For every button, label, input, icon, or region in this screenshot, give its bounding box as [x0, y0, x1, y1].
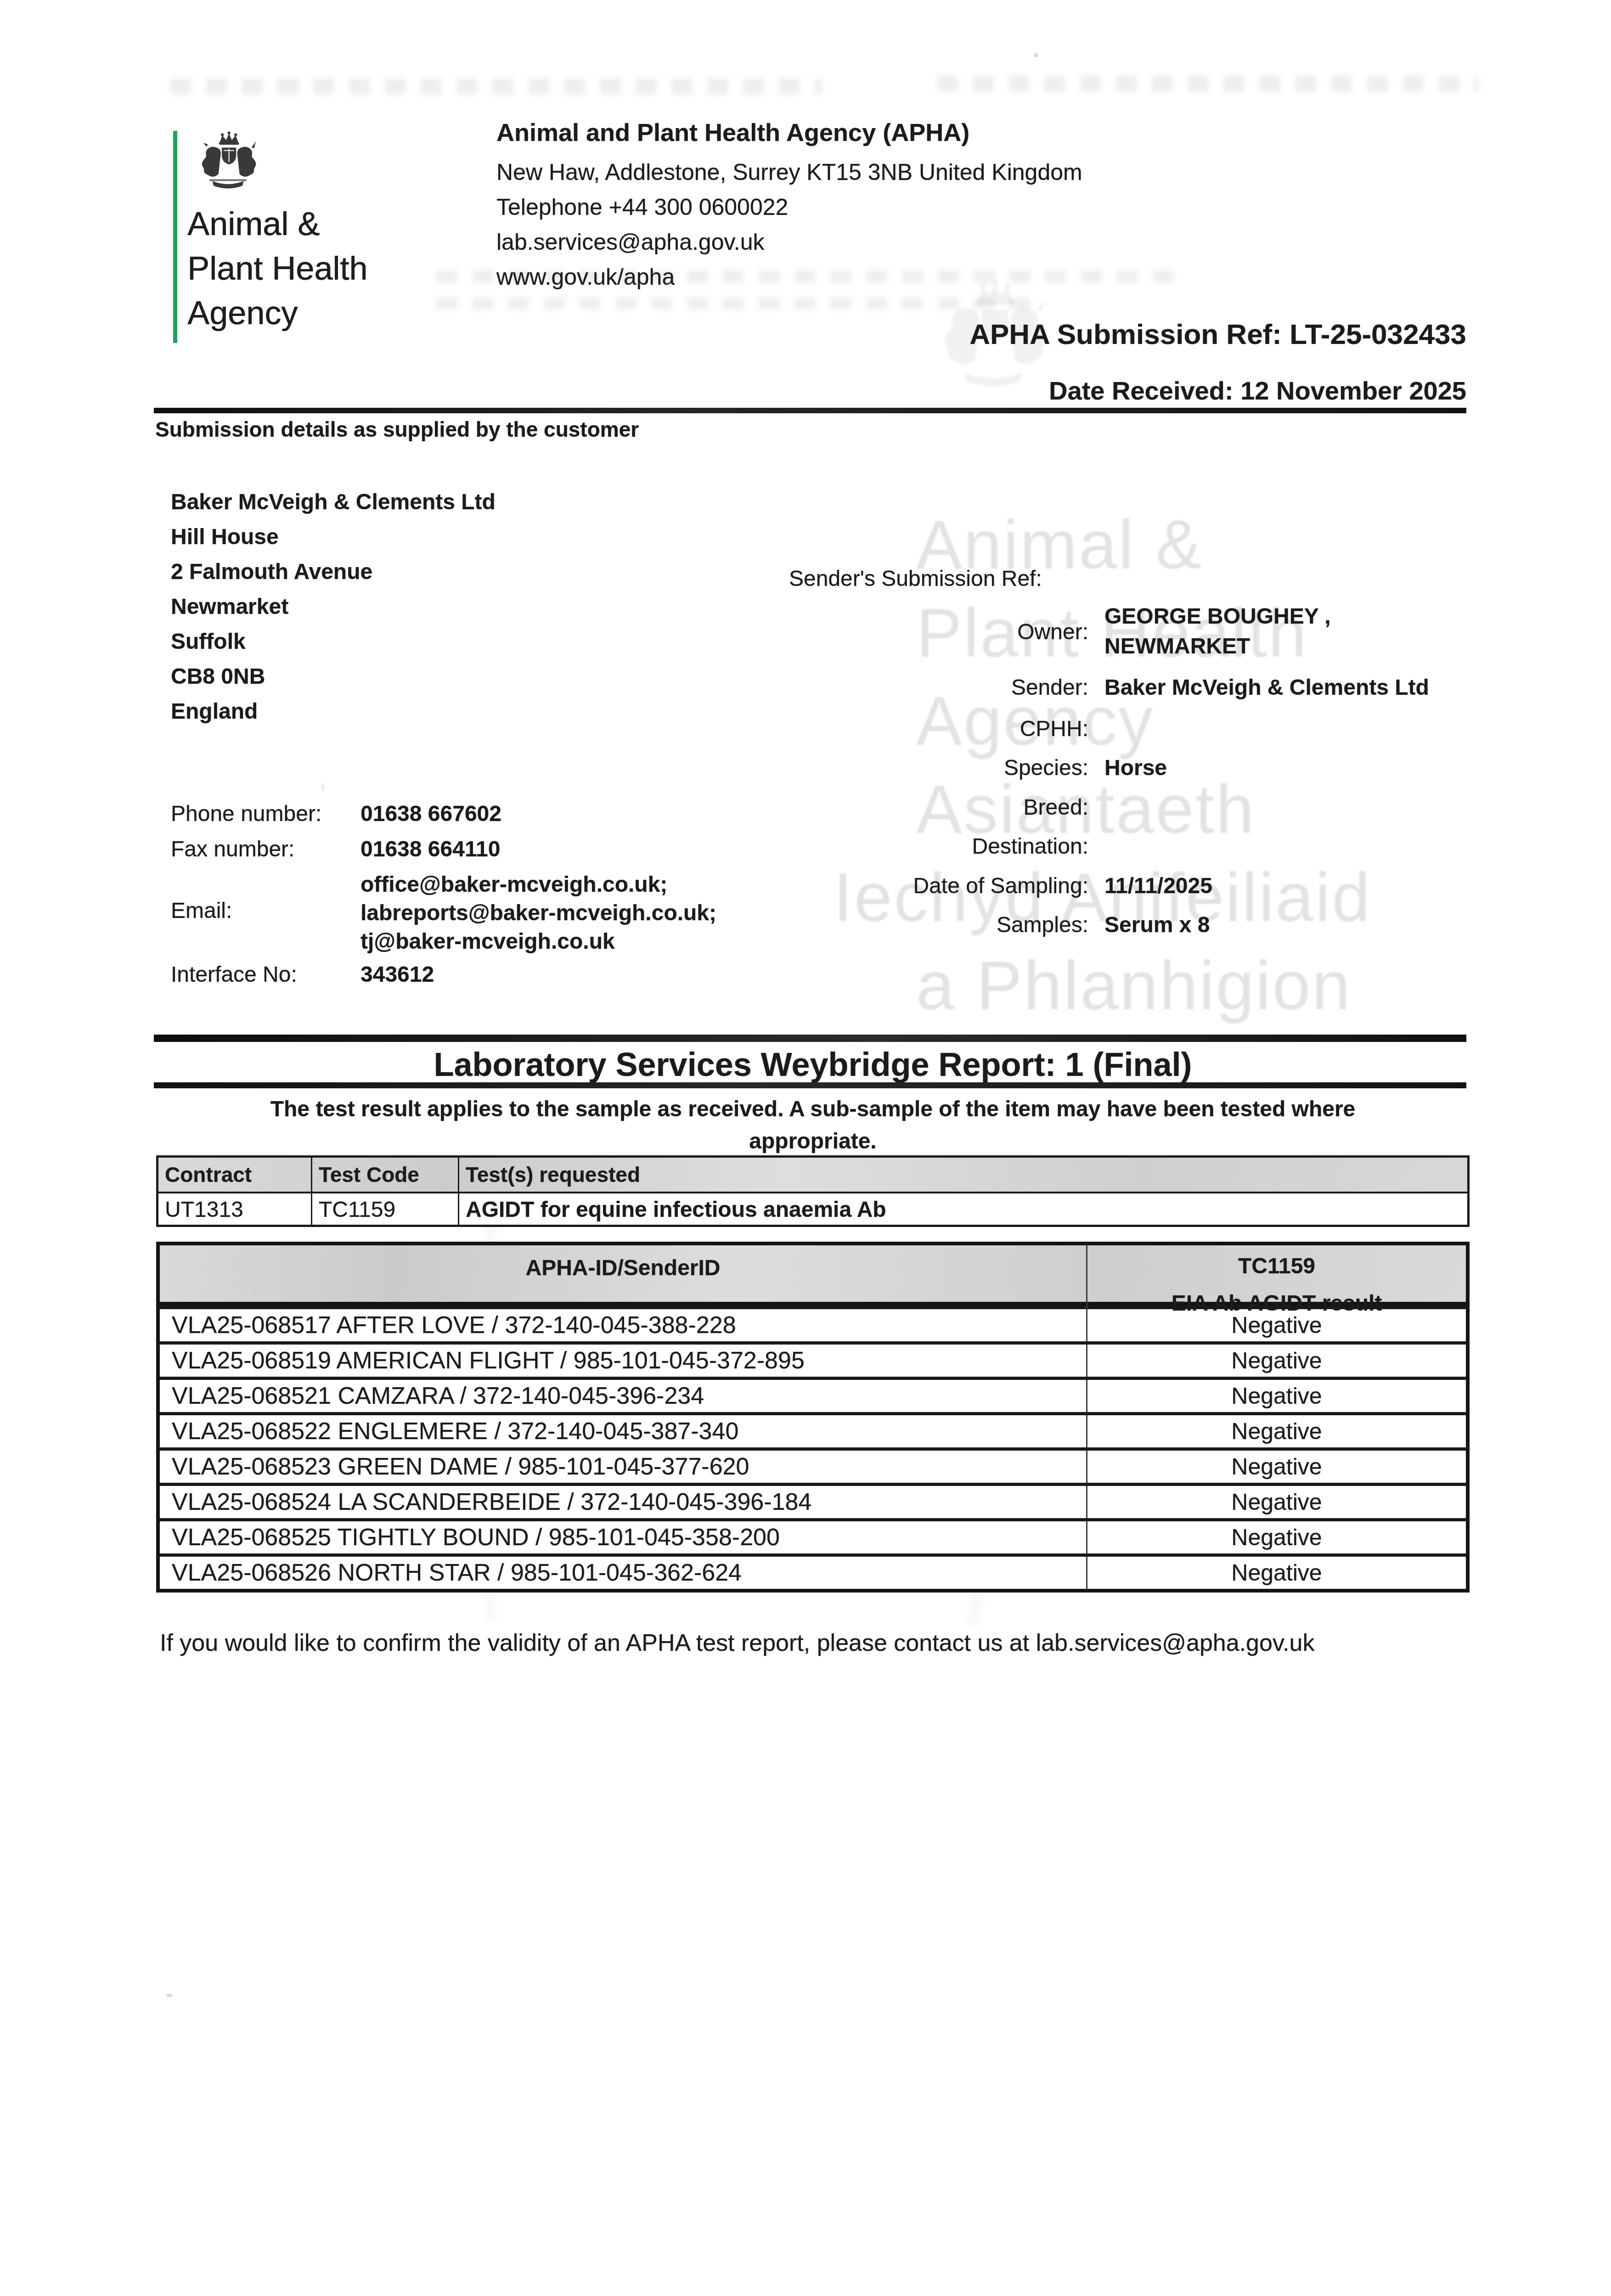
tests-table-header-test-code: Test Code	[312, 1158, 459, 1192]
customer-address-block: Baker McVeigh & Clements Ltd Hill House …	[171, 485, 496, 729]
results-table: APHA-ID/SenderID TC1159 EIA Ab AGIDT res…	[156, 1242, 1470, 1593]
result-row: VLA25-068519 AMERICAN FLIGHT / 985-101-0…	[160, 1341, 1466, 1377]
result-row: VLA25-068517 AFTER LOVE / 372-140-045-38…	[160, 1306, 1466, 1341]
brand-green-bar	[173, 131, 177, 343]
result-id-cell: VLA25-068523 GREEN DAME / 985-101-045-37…	[160, 1451, 1087, 1483]
date-of-sampling-label: Date of Sampling:	[735, 873, 1088, 899]
brand-line-2: Plant Health	[187, 247, 367, 291]
tests-table-data-row: UT1313 TC1159 AGIDT for equine infectiou…	[158, 1192, 1467, 1225]
result-id-cell: VLA25-068522 ENGLEMERE / 372-140-045-387…	[160, 1415, 1087, 1447]
owner-value-line2: NEWMARKET	[1104, 634, 1250, 659]
scanned-lab-report-page: Animal & Plant Health Agency Asiantaeth …	[0, 0, 1611, 2296]
customer-address-line: 2 Falmouth Avenue	[171, 555, 496, 590]
result-id-cell: VLA25-068525 TIGHTLY BOUND / 985-101-045…	[160, 1521, 1087, 1553]
result-row: VLA25-068526 NORTH STAR / 985-101-045-36…	[160, 1553, 1466, 1589]
tests-table-header-requested: Test(s) requested	[459, 1158, 1467, 1192]
report-note-line1: The test result applies to the sample as…	[156, 1097, 1470, 1122]
result-id-cell: VLA25-068526 NORTH STAR / 985-101-045-36…	[160, 1557, 1087, 1589]
phone-label: Phone number:	[171, 801, 321, 827]
result-value-cell: Negative	[1087, 1345, 1466, 1377]
submission-details-heading: Submission details as supplied by the cu…	[155, 417, 639, 442]
result-id-cell: VLA25-068521 CAMZARA / 372-140-045-396-2…	[160, 1380, 1087, 1412]
email-label: Email:	[171, 898, 232, 923]
interface-no-label: Interface No:	[171, 962, 297, 987]
result-row: VLA25-068524 LA SCANDERBEIDE / 372-140-0…	[160, 1483, 1466, 1518]
report-note-line2: appropriate.	[156, 1129, 1470, 1154]
sender-label: Sender:	[735, 675, 1088, 700]
brand-wordmark: Animal & Plant Health Agency	[187, 202, 367, 336]
agency-name: Animal and Plant Health Agency (APHA)	[496, 118, 969, 147]
report-title: Laboratory Services Weybridge Report: 1 …	[156, 1046, 1470, 1084]
destination-label: Destination:	[735, 834, 1088, 859]
report-title-rule-bottom	[154, 1082, 1466, 1088]
sender-submission-ref-label: Sender's Submission Ref:	[789, 566, 1042, 591]
samples-value: Serum x 8	[1104, 912, 1210, 938]
tests-table-contract-cell: UT1313	[158, 1193, 312, 1225]
scan-speck	[321, 783, 324, 791]
result-id-cell: VLA25-068519 AMERICAN FLIGHT / 985-101-0…	[160, 1345, 1087, 1377]
bleed-through-artifact	[170, 78, 822, 95]
email-value-line: office@baker-mcveigh.co.uk;	[361, 872, 667, 897]
apha-submission-ref: APHA Submission Ref: LT-25-032433	[969, 318, 1466, 351]
email-value-line: tj@baker-mcveigh.co.uk	[361, 929, 615, 954]
customer-address-line: Hill House	[171, 520, 496, 555]
owner-value-line1: GEORGE BOUGHEY ,	[1104, 604, 1331, 629]
breed-label: Breed:	[735, 795, 1088, 820]
interface-no-value: 343612	[361, 962, 434, 987]
validity-footer-note: If you would like to confirm the validit…	[160, 1629, 1314, 1657]
phone-value: 01638 667602	[361, 801, 501, 827]
royal-crest-icon	[186, 131, 269, 198]
result-value-cell: Negative	[1087, 1451, 1466, 1483]
owner-label: Owner:	[735, 619, 1088, 645]
date-received: Date Received: 12 November 2025	[1049, 376, 1466, 405]
results-table-result-header-line1: TC1159	[1087, 1245, 1466, 1279]
brand-line-1: Animal &	[187, 202, 367, 247]
agency-telephone: Telephone +44 300 0600022	[496, 194, 788, 220]
customer-address-line: Suffolk	[171, 625, 496, 659]
result-value-cell: Negative	[1087, 1415, 1466, 1447]
results-table-header-row: APHA-ID/SenderID TC1159 EIA Ab AGIDT res…	[160, 1245, 1466, 1306]
scan-speck	[1034, 53, 1038, 57]
tests-requested-table: Contract Test Code Test(s) requested UT1…	[156, 1155, 1470, 1227]
result-value-cell: Negative	[1087, 1380, 1466, 1412]
tests-table-test-code-cell: TC1159	[312, 1193, 459, 1225]
agency-email: lab.services@apha.gov.uk	[496, 229, 764, 255]
sender-value: Baker McVeigh & Clements Ltd	[1104, 675, 1429, 700]
tests-table-header-row: Contract Test Code Test(s) requested	[158, 1158, 1467, 1192]
customer-address-line: Baker McVeigh & Clements Ltd	[171, 485, 496, 520]
results-table-result-header: TC1159 EIA Ab AGIDT result	[1087, 1245, 1466, 1316]
brand-line-3: Agency	[187, 291, 367, 336]
agency-address: New Haw, Addlestone, Surrey KT15 3NB Uni…	[496, 159, 1082, 186]
result-id-cell: VLA25-068524 LA SCANDERBEIDE / 372-140-0…	[160, 1486, 1087, 1518]
results-table-id-header: APHA-ID/SenderID	[160, 1245, 1087, 1316]
samples-label: Samples:	[735, 912, 1088, 938]
result-value-cell: Negative	[1087, 1486, 1466, 1518]
horizontal-rule	[154, 408, 1466, 413]
email-value-line: labreports@baker-mcveigh.co.uk;	[361, 900, 716, 926]
date-of-sampling-value: 11/11/2025	[1104, 873, 1212, 899]
watermark-line: a Phlanhigion	[916, 946, 1352, 1025]
bleed-through-artifact	[937, 75, 1479, 92]
report-title-rule-top	[154, 1035, 1466, 1042]
species-label: Species:	[735, 755, 1088, 781]
result-value-cell: Negative	[1087, 1521, 1466, 1553]
tests-table-requested-cell: AGIDT for equine infectious anaemia Ab	[459, 1193, 1467, 1225]
result-value-cell: Negative	[1087, 1309, 1466, 1341]
tests-table-header-contract: Contract	[158, 1158, 312, 1192]
species-value: Horse	[1104, 755, 1167, 781]
result-row: VLA25-068523 GREEN DAME / 985-101-045-37…	[160, 1447, 1466, 1483]
result-row: VLA25-068522 ENGLEMERE / 372-140-045-387…	[160, 1412, 1466, 1447]
result-row: VLA25-068521 CAMZARA / 372-140-045-396-2…	[160, 1377, 1466, 1412]
fax-value: 01638 664110	[361, 837, 500, 862]
customer-address-line: Newmarket	[171, 590, 496, 625]
fax-label: Fax number:	[171, 837, 294, 862]
cphh-label: CPHH:	[735, 716, 1088, 742]
result-value-cell: Negative	[1087, 1557, 1466, 1589]
result-row: VLA25-068525 TIGHTLY BOUND / 985-101-045…	[160, 1518, 1466, 1553]
result-id-cell: VLA25-068517 AFTER LOVE / 372-140-045-38…	[160, 1309, 1087, 1341]
scan-speck	[166, 1994, 173, 1997]
agency-website: www.gov.uk/apha	[496, 264, 675, 290]
customer-address-line: CB8 0NB	[171, 659, 496, 694]
customer-address-line: England	[171, 694, 496, 729]
